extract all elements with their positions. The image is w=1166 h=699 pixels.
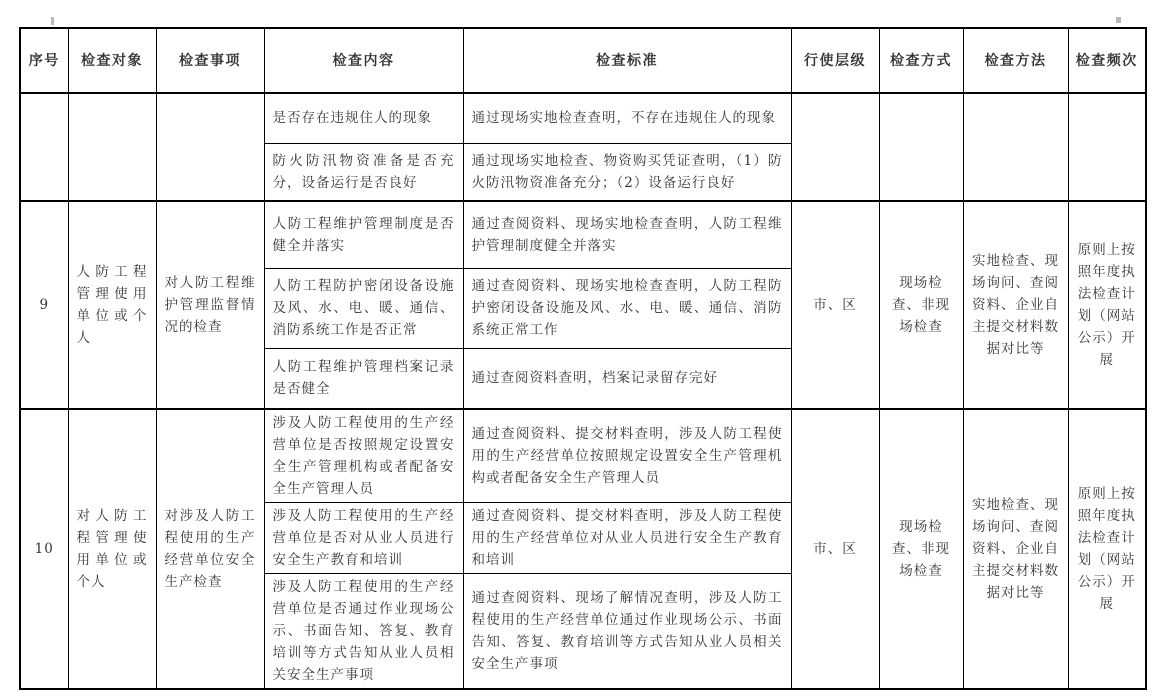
cell-seq: 10 xyxy=(20,409,68,689)
cell-standard: 通过查阅资料、提交材料查明，涉及人防工程使用的生产经营单位按照规定设置安全生产管… xyxy=(463,409,791,503)
cell-object: 人防工程管理使用单位或个人 xyxy=(68,201,156,409)
cell-mode: 现场检查、非现场检查 xyxy=(879,201,963,409)
cell-standard: 通过查阅资料、现场实地检查查明，人防工程防护密闭设备设施及风、水、电、暖、通信、… xyxy=(463,268,791,348)
cell-mode xyxy=(879,93,963,201)
cell-standard: 通过查阅资料查明，档案记录留存完好 xyxy=(463,348,791,409)
cell-frequency: 原则上按照年度执法检查计划（网站公示）开展 xyxy=(1068,201,1146,409)
cell-standard: 通过现场实地检查、物资购买凭证查明，（1）防火防汛物资准备充分；（2）设备运行良… xyxy=(463,143,791,201)
cell-level: 市、区 xyxy=(791,201,879,409)
cell-content: 涉及人防工程使用的生产经营单位是否按照规定设置安全生产管理机构或者配备安全生产管… xyxy=(264,409,463,503)
cell-seq: 9 xyxy=(20,201,68,409)
cell-object xyxy=(68,93,156,201)
col-header-object: 检查对象 xyxy=(68,28,156,93)
cell-level: 市、区 xyxy=(791,409,879,689)
cell-standard: 通过查阅资料、现场实地检查查明，人防工程维护管理制度健全并落实 xyxy=(463,201,791,268)
table-row: 是否存在违规住人的现象 通过现场实地检查查明，不存在违规住人的现象 xyxy=(20,93,1146,143)
cell-standard: 通过查阅资料、现场了解情况查明，涉及人防工程使用的生产经营单位通过作业现场公示、… xyxy=(463,574,791,690)
document-page: 序号 检查对象 检查事项 检查内容 检查标准 行使层级 检查方式 检查方法 检查… xyxy=(0,0,1166,699)
col-header-mode: 检查方式 xyxy=(879,28,963,93)
cell-content: 人防工程防护密闭设备设施及风、水、电、暖、通信、消防系统工作是否正常 xyxy=(264,268,463,348)
cell-frequency xyxy=(1068,93,1146,201)
cell-item: 对涉及人防工程使用的生产经营单位安全生产检查 xyxy=(156,409,264,689)
cell-content: 防火防汛物资准备是否充分，设备运行是否良好 xyxy=(264,143,463,201)
col-header-method: 检查方法 xyxy=(963,28,1068,93)
cell-seq xyxy=(20,93,68,201)
table-row: 10 对人防工程管理使用单位或个人 对涉及人防工程使用的生产经营单位安全生产检查… xyxy=(20,409,1146,503)
header-row: 序号 检查对象 检查事项 检查内容 检查标准 行使层级 检查方式 检查方法 检查… xyxy=(20,28,1146,93)
cell-content: 人防工程维护管理制度是否健全并落实 xyxy=(264,201,463,268)
cell-method: 实地检查、现场询问、查阅资料、企业自主提交材料数据对比等 xyxy=(963,409,1068,689)
cell-method xyxy=(963,93,1068,201)
col-header-frequency: 检查频次 xyxy=(1068,28,1146,93)
cell-standard: 通过现场实地检查查明，不存在违规住人的现象 xyxy=(463,93,791,143)
col-header-item: 检查事项 xyxy=(156,28,264,93)
cell-mode: 现场检查、非现场检查 xyxy=(879,409,963,689)
cell-content: 涉及人防工程使用的生产经营单位是否对从业人员进行安全生产教育和培训 xyxy=(264,503,463,574)
table-handle-mark-right xyxy=(1116,17,1121,23)
table-row: 9 人防工程管理使用单位或个人 对人防工程维护管理监督情况的检查 人防工程维护管… xyxy=(20,201,1146,268)
col-header-level: 行使层级 xyxy=(791,28,879,93)
cell-item xyxy=(156,93,264,201)
col-header-standard: 检查标准 xyxy=(463,28,791,93)
cell-standard: 通过查阅资料、提交材料查明，涉及人防工程使用的生产经营单位对从业人员进行安全生产… xyxy=(463,503,791,574)
col-header-seq: 序号 xyxy=(20,28,68,93)
cell-content: 人防工程维护管理档案记录是否健全 xyxy=(264,348,463,409)
cell-content: 涉及人防工程使用的生产经营单位是否通过作业现场公示、书面告知、答复、教育培训等方… xyxy=(264,574,463,690)
cell-object: 对人防工程管理使用单位或个人 xyxy=(68,409,156,689)
col-header-content: 检查内容 xyxy=(264,28,463,93)
cell-level xyxy=(791,93,879,201)
cell-content: 是否存在违规住人的现象 xyxy=(264,93,463,143)
cell-item: 对人防工程维护管理监督情况的检查 xyxy=(156,201,264,409)
cell-frequency: 原则上按照年度执法检查计划（网站公示）开展 xyxy=(1068,409,1146,689)
inspection-items-table: 序号 检查对象 检查事项 检查内容 检查标准 行使层级 检查方式 检查方法 检查… xyxy=(19,27,1147,690)
cell-method: 实地检查、现场询问、查阅资料、企业自主提交材料数据对比等 xyxy=(963,201,1068,409)
table-handle-mark-left xyxy=(51,17,54,25)
